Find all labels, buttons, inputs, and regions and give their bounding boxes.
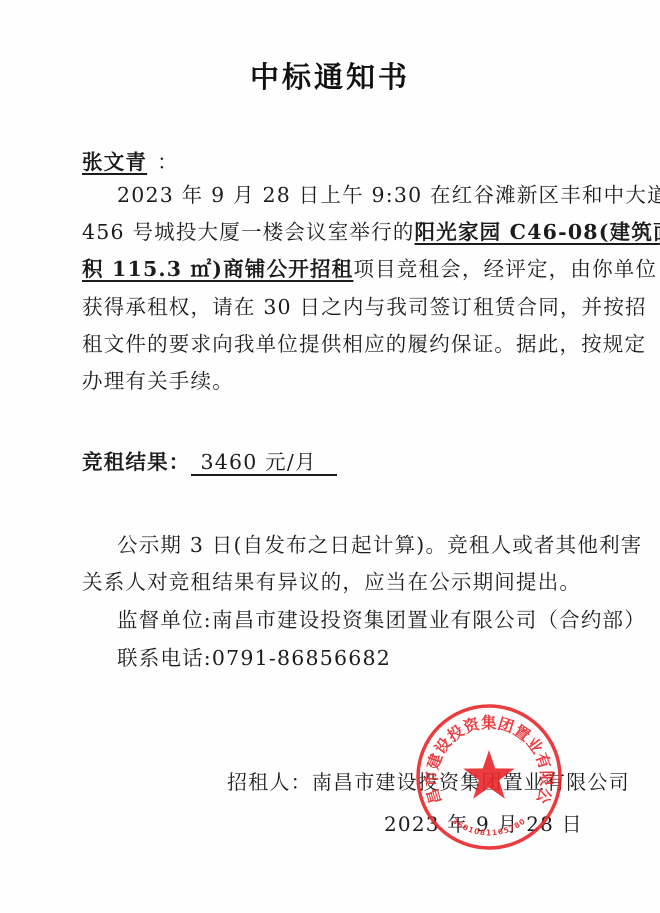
- bid-result-label: 竞租结果：: [82, 450, 191, 474]
- paragraph-1-line-1: 2023 年 9 月 28 日上午 9:30 在红谷滩新区丰和中大道: [117, 182, 660, 208]
- paragraph-1-line-6: 办理有关手续。: [82, 368, 234, 394]
- notice-line-1: 公示期 3 日(自发布之日起计算)。竞租人或者其他利害: [117, 532, 642, 558]
- document-title: 中标通知书: [0, 55, 660, 96]
- signature-date: 2023 年 9 月 28 日: [384, 808, 583, 837]
- supervisor-label: 监督单位:: [117, 608, 212, 632]
- contact-label: 联系电话:: [117, 646, 212, 670]
- project-name-part-2: 积 115.3 ㎡)商铺公开招租: [82, 257, 353, 281]
- paragraph-1-line-3: 积 115.3 ㎡)商铺公开招租项目竞租会，经评定，由你单位: [82, 256, 657, 282]
- paragraph-1-line-4: 获得承租权，请在 30 日之内与我司签订租赁合同，并按招: [82, 294, 647, 320]
- paragraph-1-line-3-text: 项目竞租会，经评定，由你单位: [353, 257, 657, 281]
- paragraph-1-line-2: 456 号城投大厦一楼会议室举行的阳光家园 C46-08(建筑面: [82, 219, 660, 245]
- paragraph-1-line-2-text: 456 号城投大厦一楼会议室举行的: [82, 220, 415, 244]
- addressee-line: 张文青：: [82, 149, 179, 175]
- signature-line: 招租人：南昌市建设投资集团置业有限公司: [227, 766, 630, 795]
- supervisor-line: 监督单位:南昌市建设投资集团置业有限公司（合约部）: [117, 607, 646, 633]
- signature-company: 南昌市建设投资集团置业有限公司: [312, 770, 630, 794]
- contact-phone: 0791-86856682: [212, 646, 391, 670]
- bid-result-line: 竞租结果：3460 元/月: [82, 449, 337, 476]
- notice-line-2: 关系人对竞租结果有异议的，应当在公示期间提出。: [82, 569, 581, 595]
- supervisor-value: 南昌市建设投资集团置业有限公司（合约部）: [212, 608, 646, 632]
- contact-line: 联系电话:0791-86856682: [117, 645, 391, 671]
- project-name-part-1: 阳光家园 C46-08(建筑面: [415, 220, 660, 244]
- document-page: 中标通知书 张文青： 2023 年 9 月 28 日上午 9:30 在红谷滩新区…: [0, 0, 660, 913]
- addressee-colon: ：: [157, 150, 179, 174]
- paragraph-1-line-5: 租文件的要求向我单位提供相应的履约保证。据此，按规定: [82, 331, 646, 357]
- signature-label: 招租人：: [227, 770, 312, 794]
- bid-result-value: 3460 元/月: [191, 450, 337, 476]
- addressee-name: 张文青: [82, 150, 157, 174]
